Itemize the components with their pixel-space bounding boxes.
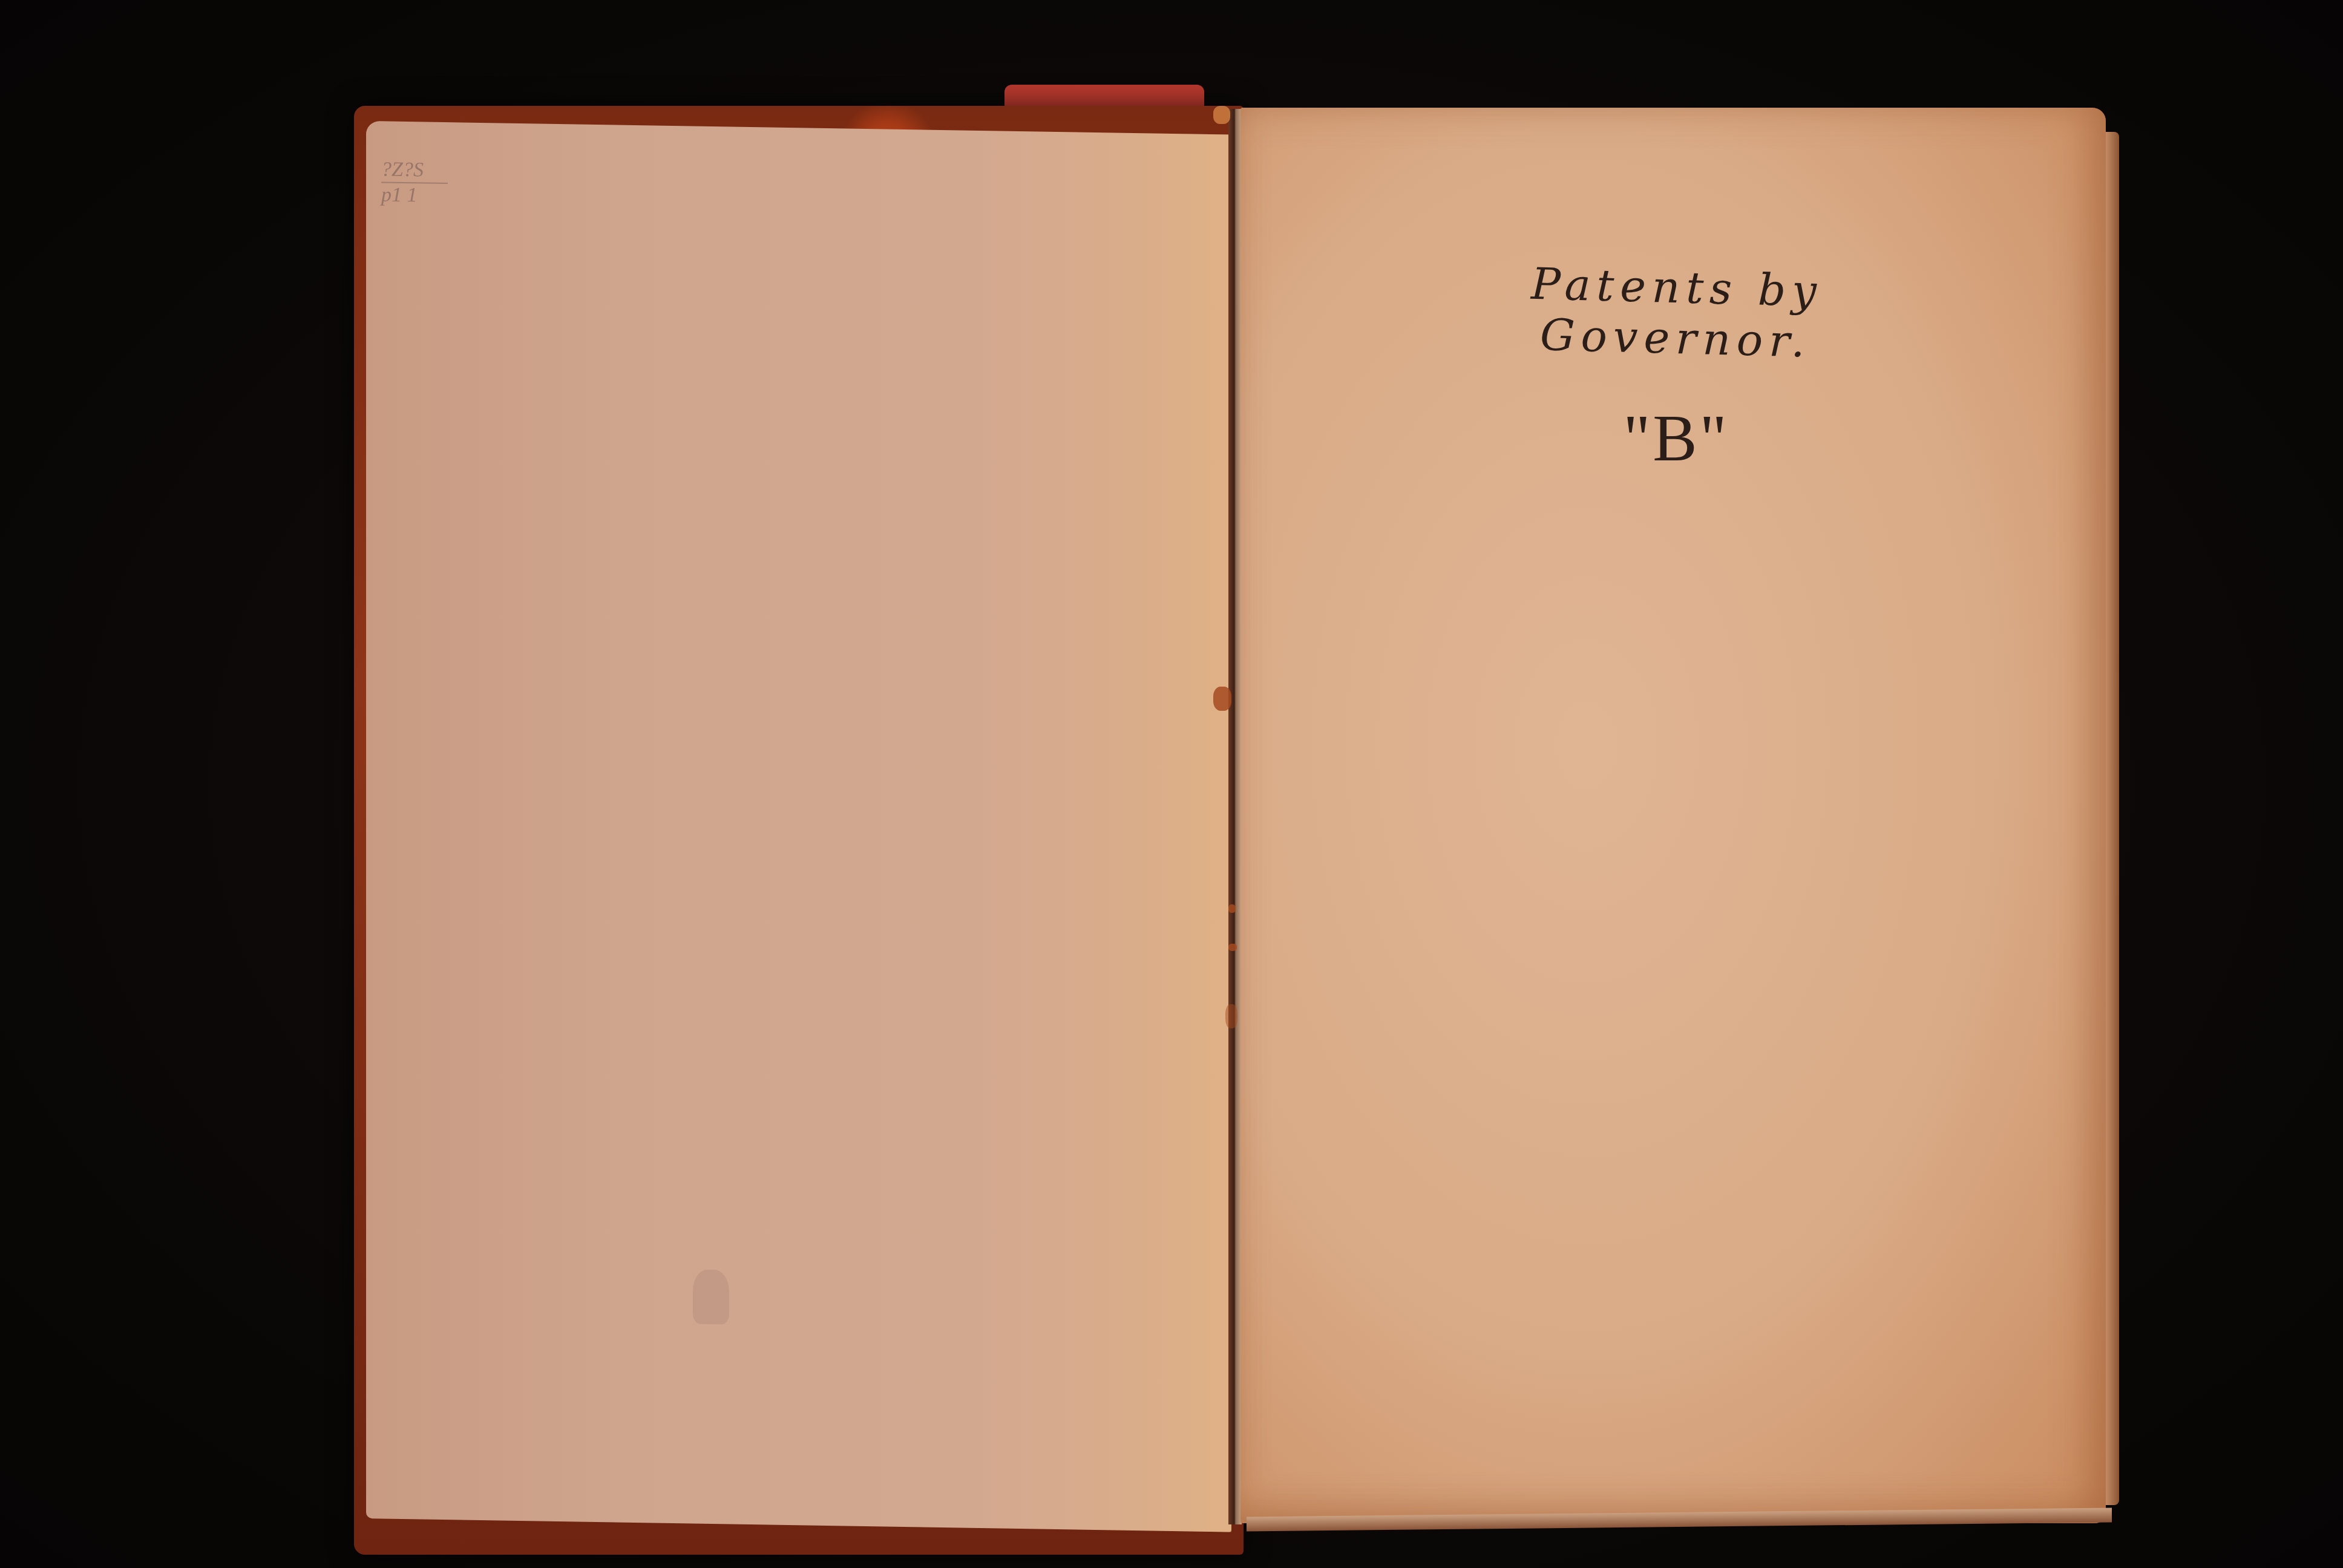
stain-corner-left — [1213, 106, 1230, 124]
volume-letter: "B" — [1404, 400, 1948, 477]
stain-3 — [1228, 904, 1236, 913]
fold-strip — [1132, 133, 1231, 1532]
title-block: Patents by Governor. "B" — [1404, 262, 1948, 477]
left-page: ?Z?S p1 1 — [366, 121, 1231, 1532]
faint-pencil-mark — [693, 1269, 729, 1324]
right-page: Patents by Governor. "B" — [1240, 108, 2106, 1523]
stain-5 — [1225, 1004, 1237, 1028]
stain-1 — [1213, 687, 1231, 711]
handwritten-title: Patents by Governor. — [1403, 255, 1950, 371]
pencil-notation-bottom: p1 1 — [381, 183, 460, 208]
pencil-notation-top: ?Z?S — [381, 157, 448, 184]
page-edge-stack — [2106, 132, 2119, 1505]
spine-gutter — [1228, 109, 1242, 1524]
stain-4 — [1228, 944, 1237, 951]
photo-scene: ?Z?S p1 1 Patents by Governor. "B" — [0, 0, 2343, 1568]
pencil-notation: ?Z?S p1 1 — [381, 157, 460, 213]
